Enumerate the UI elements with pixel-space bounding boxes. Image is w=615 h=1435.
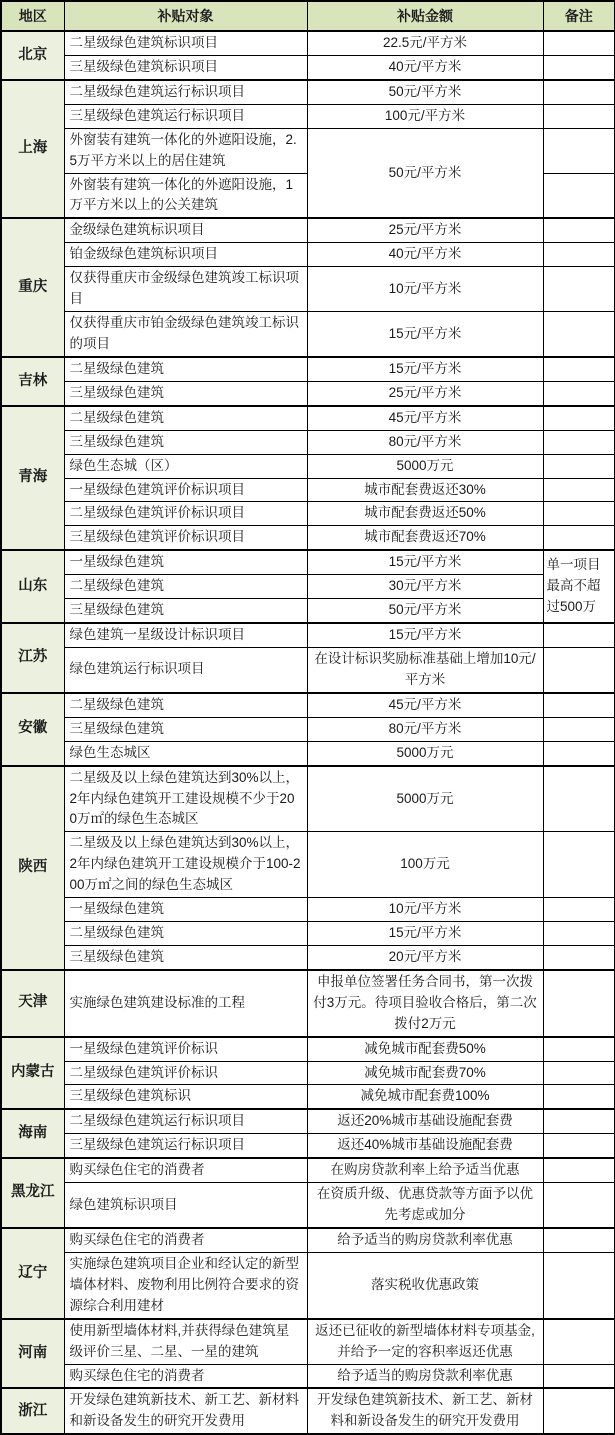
table-row: 上海二星级绿色建筑运行标识项目50元/平方米	[1, 80, 615, 104]
subsidy-amount-cell: 减免城市配套费50%	[307, 1037, 543, 1061]
remark-cell	[543, 898, 615, 922]
subsidy-amount-cell: 城市配套费返还30%	[307, 478, 543, 502]
subsidy-amount-cell: 50元/平方米	[307, 80, 543, 104]
region-cell: 上海	[1, 80, 64, 219]
remark-cell	[543, 922, 615, 946]
table-row: 实施绿色建筑项目企业和经认定的新型墙体材料、废物利用比例符合要求的资源综合利用建…	[1, 1252, 615, 1318]
subsidy-amount-cell: 25元/平方米	[307, 218, 543, 242]
remark-cell	[543, 1183, 615, 1228]
table-row: 辽宁购买绿色住宅的消费者给予适当的购房贷款利率优惠	[1, 1228, 615, 1252]
subsidy-object-cell: 二星级绿色建筑运行标识项目	[64, 1109, 307, 1133]
remark-cell	[543, 1252, 615, 1318]
subsidy-object-cell: 三星级绿色建筑	[64, 717, 307, 741]
table-row: 黑龙江购买绿色住宅的消费者在购房贷款利率上给予适当优惠	[1, 1158, 615, 1182]
table-row: 三星级绿色建筑50元/平方米	[1, 599, 615, 623]
subsidy-amount-cell: 15元/平方米	[307, 312, 543, 357]
subsidy-object-cell: 三星级绿色建筑	[64, 430, 307, 454]
table-row: 绿色建筑标识项目在资质升级、优惠贷款等方面予以优先考虑或加分	[1, 1183, 615, 1228]
table-row: 天津实施绿色建筑建设标准的工程申报单位签署任务合同书，第一次拨付3万元。待项目验…	[1, 970, 615, 1037]
subsidy-amount-cell: 返还20%城市基础设施配套费	[307, 1109, 543, 1133]
remark-cell	[543, 693, 615, 717]
region-cell: 浙江	[1, 1388, 64, 1434]
remark-cell	[543, 1085, 615, 1109]
table-row: 重庆金级绿色建筑标识项目25元/平方米	[1, 218, 615, 242]
subsidy-object-cell: 仅获得重庆市铂金级绿色建筑竣工标识的项目	[64, 312, 307, 357]
subsidy-object-cell: 绿色建筑运行标识项目	[64, 647, 307, 692]
table-row: 青海二星级绿色建筑45元/平方米	[1, 406, 615, 430]
subsidy-object-cell: 二星级绿色建筑	[64, 922, 307, 946]
remark-cell	[543, 766, 615, 832]
table-row: 购买绿色住宅的消费者给予适当的购房贷款利率优惠	[1, 1364, 615, 1388]
subsidy-object-cell: 三星级绿色建筑运行标识项目	[64, 104, 307, 128]
subsidy-amount-cell: 100万元	[307, 832, 543, 898]
subsidy-object-cell: 一星级绿色建筑	[64, 550, 307, 574]
remark-cell	[543, 1037, 615, 1061]
table-row: 绿色生态城（区）5000万元	[1, 454, 615, 478]
subsidy-amount-cell: 45元/平方米	[307, 693, 543, 717]
subsidy-amount-cell: 返还40%城市基础设施配套费	[307, 1134, 543, 1158]
subsidy-amount-cell: 80元/平方米	[307, 430, 543, 454]
remark-cell	[543, 55, 615, 79]
remark-cell	[543, 173, 615, 218]
region-cell: 吉林	[1, 357, 64, 406]
remark-cell	[543, 80, 615, 104]
table-row: 山东一星级绿色建筑15元/平方米单一项目最高不超过500万	[1, 550, 615, 574]
table-row: 三星级绿色建筑80元/平方米	[1, 717, 615, 741]
remark-cell	[543, 1364, 615, 1388]
header-subsidy-amount: 补贴金额	[307, 1, 543, 31]
subsidy-amount-cell: 22.5元/平方米	[307, 31, 543, 55]
table-row: 北京二星级绿色建筑标识项目22.5元/平方米	[1, 31, 615, 55]
subsidy-object-cell: 一星级绿色建筑评价标识	[64, 1037, 307, 1061]
subsidy-amount-cell: 50元/平方米	[307, 599, 543, 623]
table-row: 二星级及以上绿色建筑达到30%以上，2年内绿色建筑开工建设规模介于100-200…	[1, 832, 615, 898]
subsidy-amount-cell: 5000万元	[307, 741, 543, 765]
table-row: 绿色生态城区5000万元	[1, 741, 615, 765]
table-row: 三星级绿色建筑运行标识项目100元/平方米	[1, 104, 615, 128]
subsidy-object-cell: 三星级绿色建筑	[64, 945, 307, 969]
table-row: 铂金级绿色建筑标识项目40元/平方米	[1, 243, 615, 267]
subsidy-object-cell: 二星级绿色建筑评价标识项目	[64, 502, 307, 526]
remark-cell	[543, 128, 615, 173]
subsidy-object-cell: 二星级绿色建筑	[64, 575, 307, 599]
region-cell: 内蒙古	[1, 1037, 64, 1110]
subsidy-object-cell: 铂金级绿色建筑标识项目	[64, 243, 307, 267]
header-region: 地区	[1, 1, 64, 31]
subsidy-amount-cell: 减免城市配套费70%	[307, 1061, 543, 1085]
remark-cell	[543, 647, 615, 692]
subsidy-object-cell: 购买绿色住宅的消费者	[64, 1364, 307, 1388]
region-cell: 天津	[1, 970, 64, 1037]
table-row: 安徽二星级绿色建筑45元/平方米	[1, 693, 615, 717]
subsidy-object-cell: 一星级绿色建筑	[64, 898, 307, 922]
subsidy-amount-cell: 在设计标识奖励标准基础上增加10元/平方米	[307, 647, 543, 692]
remark-cell	[543, 218, 615, 242]
table-row: 三星级绿色建筑运行标识项目返还40%城市基础设施配套费	[1, 1134, 615, 1158]
subsidy-amount-cell: 80元/平方米	[307, 717, 543, 741]
subsidy-object-cell: 二星级绿色建筑	[64, 406, 307, 430]
table-row: 江苏绿色建筑一星级设计标识项目15元/平方米	[1, 623, 615, 647]
table-row: 三星级绿色建筑标识项目40元/平方米	[1, 55, 615, 79]
subsidy-amount-cell: 5000万元	[307, 454, 543, 478]
table-row: 外窗装有建筑一体化的外遮阳设施，2.5万平方米以上的居住建筑50元/平方米	[1, 128, 615, 173]
subsidy-object-cell: 三星级绿色建筑	[64, 599, 307, 623]
remark-cell	[543, 717, 615, 741]
subsidy-object-cell: 实施绿色建筑项目企业和经认定的新型墙体材料、废物利用比例符合要求的资源综合利用建…	[64, 1252, 307, 1318]
remark-cell	[543, 502, 615, 526]
region-cell: 安徽	[1, 693, 64, 766]
region-cell: 辽宁	[1, 1228, 64, 1319]
region-cell: 黑龙江	[1, 1158, 64, 1228]
subsidy-object-cell: 三星级绿色建筑标识	[64, 1085, 307, 1109]
subsidy-amount-cell: 45元/平方米	[307, 406, 543, 430]
region-cell: 山东	[1, 550, 64, 623]
table-row: 浙江开发绿色建筑新技术、新工艺、新材料和新设备发生的研究开发费用开发绿色建筑新技…	[1, 1388, 615, 1434]
remark-cell	[543, 104, 615, 128]
subsidy-amount-cell: 10元/平方米	[307, 267, 543, 312]
subsidy-amount-cell: 返还已征收的新型墙体材料专项基金,并给予一定的容积率返还优惠	[307, 1319, 543, 1364]
subsidy-amount-cell: 25元/平方米	[307, 381, 543, 405]
remark-cell	[543, 1388, 615, 1434]
subsidy-object-cell: 二星级绿色建筑	[64, 357, 307, 381]
subsidy-object-cell: 绿色建筑一星级设计标识项目	[64, 623, 307, 647]
subsidy-object-cell: 二星级及以上绿色建筑达到30%以上，2年内绿色建筑开工建设规模介于100-200…	[64, 832, 307, 898]
table-row: 内蒙古一星级绿色建筑评价标识减免城市配套费50%	[1, 1037, 615, 1061]
remark-cell	[543, 454, 615, 478]
subsidy-amount-cell: 给予适当的购房贷款利率优惠	[307, 1228, 543, 1252]
subsidy-amount-cell: 50元/平方米	[307, 128, 543, 218]
remark-cell	[543, 1134, 615, 1158]
table-row: 绿色建筑运行标识项目在设计标识奖励标准基础上增加10元/平方米	[1, 647, 615, 692]
table-row: 陕西二星级及以上绿色建筑达到30%以上，2年内绿色建筑开工建设规模不少于200万…	[1, 766, 615, 832]
table-row: 仅获得重庆市铂金级绿色建筑竣工标识的项目15元/平方米	[1, 312, 615, 357]
subsidy-object-cell: 二星级绿色建筑评价标识	[64, 1061, 307, 1085]
subsidy-amount-cell: 给予适当的购房贷款利率优惠	[307, 1364, 543, 1388]
remark-cell	[543, 1319, 615, 1364]
subsidy-object-cell: 三星级绿色建筑运行标识项目	[64, 1134, 307, 1158]
remark-cell	[543, 478, 615, 502]
table-row: 一星级绿色建筑10元/平方米	[1, 898, 615, 922]
subsidy-table: 地区 补贴对象 补贴金额 备注 北京二星级绿色建筑标识项目22.5元/平方米三星…	[0, 0, 615, 1435]
table-row: 三星级绿色建筑20元/平方米	[1, 945, 615, 969]
remark-cell	[543, 945, 615, 969]
region-cell: 河南	[1, 1319, 64, 1389]
subsidy-amount-cell: 申报单位签署任务合同书，第一次拨付3万元。待项目验收合格后，第二次拨付2万元	[307, 970, 543, 1037]
subsidy-amount-cell: 城市配套费返还70%	[307, 526, 543, 550]
table-row: 二星级绿色建筑评价标识项目城市配套费返还50%	[1, 502, 615, 526]
subsidy-amount-cell: 15元/平方米	[307, 550, 543, 574]
remark-cell	[543, 381, 615, 405]
subsidy-amount-cell: 在资质升级、优惠贷款等方面予以优先考虑或加分	[307, 1183, 543, 1228]
subsidy-amount-cell: 减免城市配套费100%	[307, 1085, 543, 1109]
table-row: 二星级绿色建筑30元/平方米	[1, 575, 615, 599]
subsidy-amount-cell: 城市配套费返还50%	[307, 502, 543, 526]
subsidy-object-cell: 绿色生态城（区）	[64, 454, 307, 478]
remark-cell	[543, 741, 615, 765]
table-row: 三星级绿色建筑评价标识项目城市配套费返还70%	[1, 526, 615, 550]
table-row: 吉林二星级绿色建筑15元/平方米	[1, 357, 615, 381]
table-row: 河南使用新型墙体材料,并获得绿色建筑星级评价三星、二星、一星的建筑返还已征收的新…	[1, 1319, 615, 1364]
subsidy-object-cell: 二星级及以上绿色建筑达到30%以上，2年内绿色建筑开工建设规模不少于200万㎡的…	[64, 766, 307, 832]
subsidy-amount-cell: 落实税收优惠政策	[307, 1252, 543, 1318]
remark-cell	[543, 430, 615, 454]
subsidy-object-cell: 绿色生态城区	[64, 741, 307, 765]
subsidy-object-cell: 实施绿色建筑建设标准的工程	[64, 970, 307, 1037]
region-cell: 海南	[1, 1109, 64, 1158]
remark-cell	[543, 832, 615, 898]
subsidy-amount-cell: 15元/平方米	[307, 922, 543, 946]
remark-cell	[543, 526, 615, 550]
table-row: 二星级绿色建筑评价标识减免城市配套费70%	[1, 1061, 615, 1085]
subsidy-object-cell: 绿色建筑标识项目	[64, 1183, 307, 1228]
subsidy-object-cell: 使用新型墙体材料,并获得绿色建筑星级评价三星、二星、一星的建筑	[64, 1319, 307, 1364]
subsidy-amount-cell: 10元/平方米	[307, 898, 543, 922]
subsidy-amount-cell: 40元/平方米	[307, 55, 543, 79]
table-row: 仅获得重庆市金级绿色建筑竣工标识项目10元/平方米	[1, 267, 615, 312]
remark-cell	[543, 243, 615, 267]
subsidy-object-cell: 二星级绿色建筑	[64, 693, 307, 717]
table-row: 二星级绿色建筑15元/平方米	[1, 922, 615, 946]
remark-cell	[543, 357, 615, 381]
remark-cell	[543, 406, 615, 430]
region-cell: 重庆	[1, 218, 64, 357]
table-row: 三星级绿色建筑标识减免城市配套费100%	[1, 1085, 615, 1109]
subsidy-amount-cell: 15元/平方米	[307, 623, 543, 647]
subsidy-object-cell: 一星级绿色建筑评价标识项目	[64, 478, 307, 502]
header-subsidy-object: 补贴对象	[64, 1, 307, 31]
subsidy-amount-cell: 在购房贷款利率上给予适当优惠	[307, 1158, 543, 1182]
subsidy-object-cell: 二星级绿色建筑标识项目	[64, 31, 307, 55]
subsidy-object-cell: 购买绿色住宅的消费者	[64, 1228, 307, 1252]
subsidy-amount-cell: 开发绿色建筑新技术、新工艺、新材料和新设备发生的研究开发费用	[307, 1388, 543, 1434]
subsidy-object-cell: 仅获得重庆市金级绿色建筑竣工标识项目	[64, 267, 307, 312]
subsidy-amount-cell: 30元/平方米	[307, 575, 543, 599]
subsidy-object-cell: 外窗装有建筑一体化的外遮阳设施，1万平方米以上的公关建筑	[64, 173, 307, 218]
subsidy-object-cell: 购买绿色住宅的消费者	[64, 1158, 307, 1182]
table-row: 三星级绿色建筑25元/平方米	[1, 381, 615, 405]
header-row: 地区 补贴对象 补贴金额 备注	[1, 1, 615, 31]
subsidy-amount-cell: 5000万元	[307, 766, 543, 832]
remark-cell	[543, 970, 615, 1037]
subsidy-object-cell: 开发绿色建筑新技术、新工艺、新材料和新设备发生的研究开发费用	[64, 1388, 307, 1434]
table-row: 三星级绿色建筑80元/平方米	[1, 430, 615, 454]
table-row: 一星级绿色建筑评价标识项目城市配套费返还30%	[1, 478, 615, 502]
remark-cell	[543, 1061, 615, 1085]
subsidy-object-cell: 三星级绿色建筑	[64, 381, 307, 405]
subsidy-amount-cell: 15元/平方米	[307, 357, 543, 381]
remark-cell	[543, 623, 615, 647]
remark-cell	[543, 1228, 615, 1252]
region-cell: 陕西	[1, 766, 64, 970]
table-body: 北京二星级绿色建筑标识项目22.5元/平方米三星级绿色建筑标识项目40元/平方米…	[1, 31, 615, 1434]
subsidy-object-cell: 二星级绿色建筑运行标识项目	[64, 80, 307, 104]
subsidy-amount-cell: 20元/平方米	[307, 945, 543, 969]
subsidy-object-cell: 三星级绿色建筑标识项目	[64, 55, 307, 79]
remark-cell: 单一项目最高不超过500万	[543, 550, 615, 623]
subsidy-object-cell: 外窗装有建筑一体化的外遮阳设施，2.5万平方米以上的居住建筑	[64, 128, 307, 173]
subsidy-object-cell: 金级绿色建筑标识项目	[64, 218, 307, 242]
region-cell: 青海	[1, 406, 64, 551]
remark-cell	[543, 312, 615, 357]
subsidy-object-cell: 三星级绿色建筑评价标识项目	[64, 526, 307, 550]
subsidy-amount-cell: 100元/平方米	[307, 104, 543, 128]
subsidy-amount-cell: 40元/平方米	[307, 243, 543, 267]
region-cell: 北京	[1, 31, 64, 80]
table-row: 海南二星级绿色建筑运行标识项目返还20%城市基础设施配套费	[1, 1109, 615, 1133]
remark-cell	[543, 1109, 615, 1133]
region-cell: 江苏	[1, 623, 64, 693]
remark-cell	[543, 267, 615, 312]
remark-cell	[543, 1158, 615, 1182]
remark-cell	[543, 31, 615, 55]
header-remark: 备注	[543, 1, 615, 31]
